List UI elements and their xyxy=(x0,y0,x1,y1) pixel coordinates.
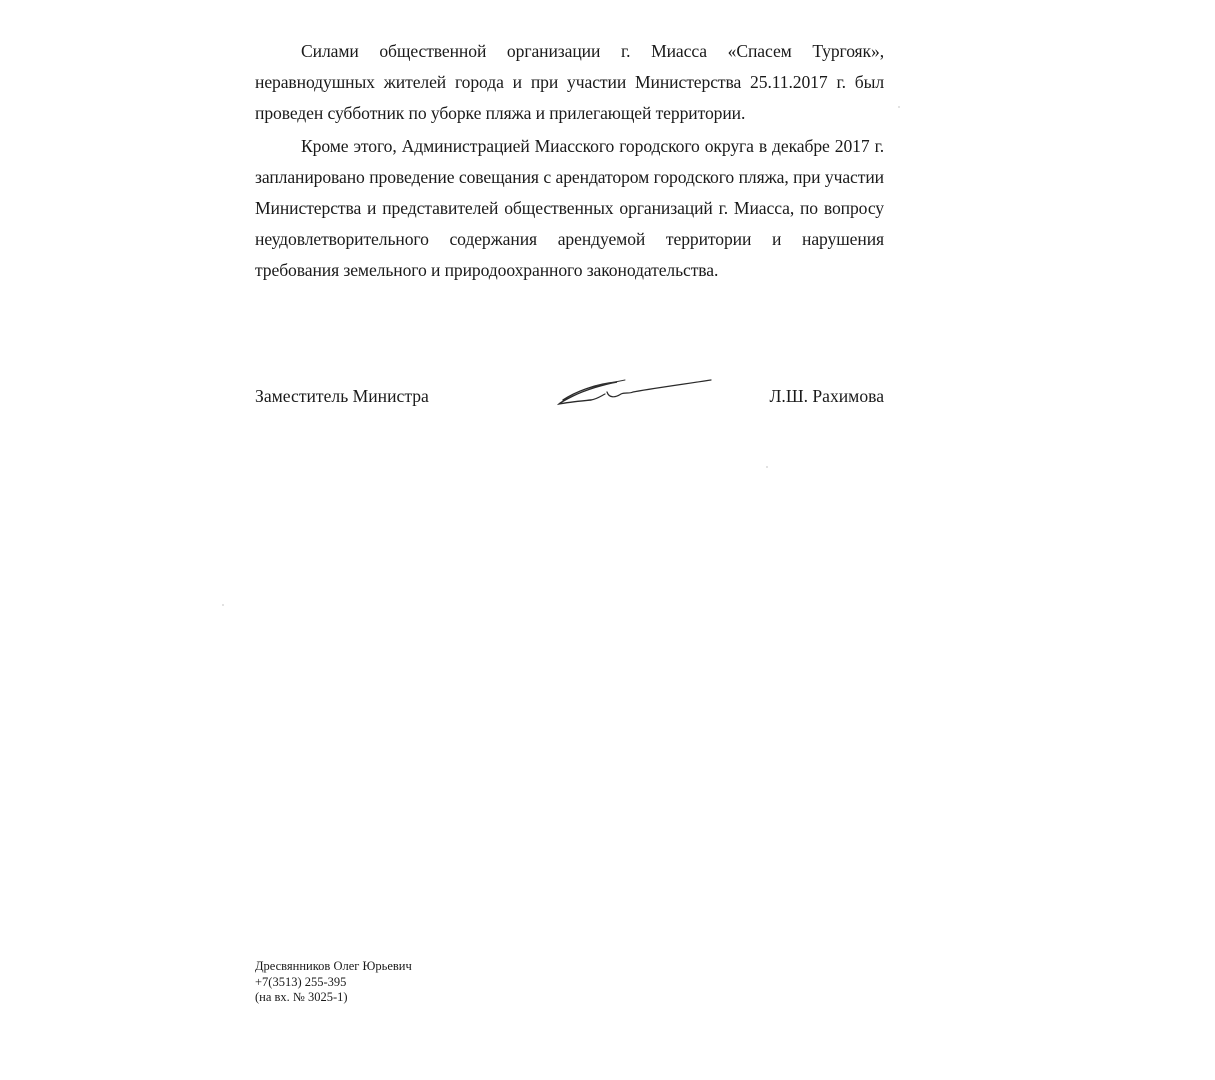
signature-block: Заместитель Министра Л.Ш. Рахимова xyxy=(255,384,884,414)
position-title: Заместитель Министра xyxy=(255,386,429,407)
signatory-name: Л.Ш. Рахимова xyxy=(770,386,885,407)
paragraph-planned-meeting: Кроме этого, Администрацией Миасского го… xyxy=(255,131,884,286)
scan-speck xyxy=(222,604,224,606)
executor-contact: Дресвянников Олег Юрьевич +7(3513) 255-3… xyxy=(255,959,412,1006)
scan-speck xyxy=(898,106,900,108)
paragraph-cleanup-event: Силами общественной организации г. Миасс… xyxy=(255,36,884,129)
scan-speck xyxy=(766,466,768,468)
handwritten-signature-icon xyxy=(555,374,715,410)
document-page: Силами общественной организации г. Миасс… xyxy=(0,0,1215,1080)
incoming-reference: (на вх. № 3025-1) xyxy=(255,990,412,1006)
paragraph-text: Силами общественной организации г. Миасс… xyxy=(255,36,884,129)
executor-name: Дресвянников Олег Юрьевич xyxy=(255,959,412,975)
paragraph-text: Кроме этого, Администрацией Миасского го… xyxy=(255,131,884,286)
executor-phone: +7(3513) 255-395 xyxy=(255,975,412,991)
